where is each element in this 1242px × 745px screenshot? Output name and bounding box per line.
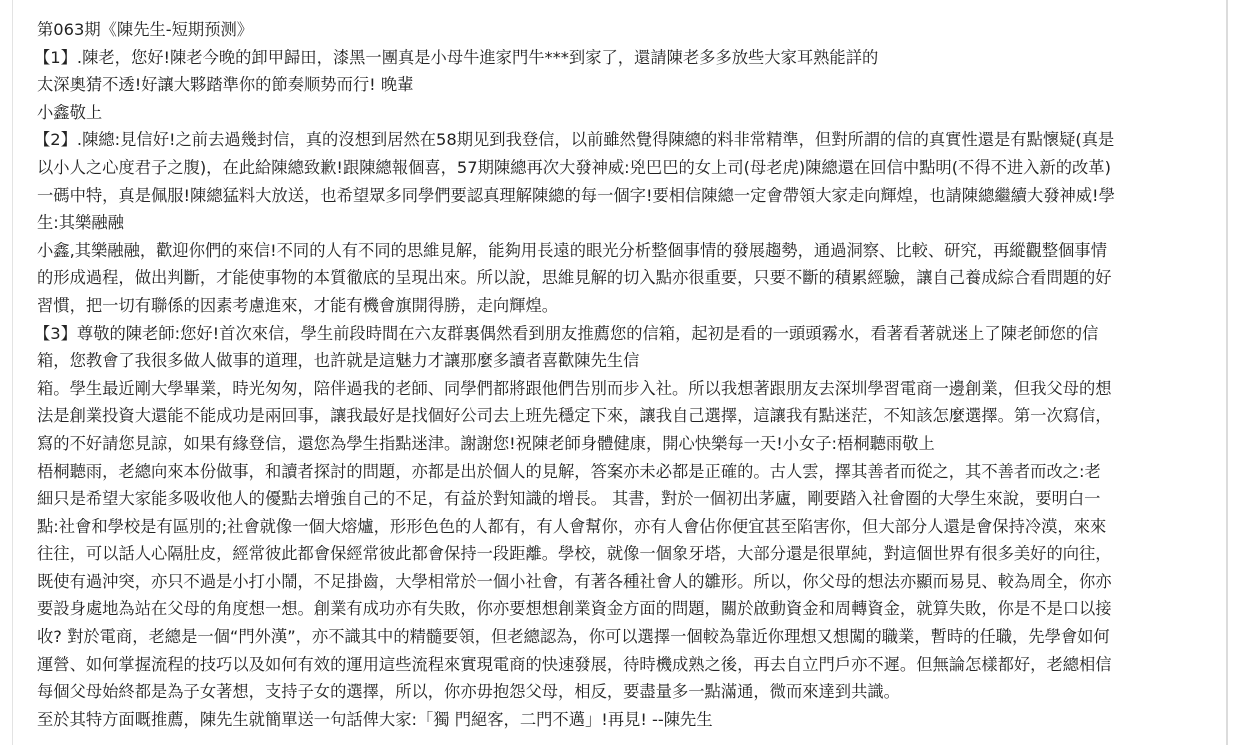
signature-line: 小鑫敬上 <box>37 99 1217 127</box>
text-line: 往往，可以話人心隔肚皮，經常彼此都會保經常彼此都會保持一段距離。學校，就像一個象… <box>37 540 1217 568</box>
text-line: 【2】.陳總:見信好!之前去過幾封信，真的沒想到居然在58期见到我登信，以前雖然… <box>34 126 1217 154</box>
letter-2: 【2】.陳總:見信好!之前去過幾封信，真的沒想到居然在58期见到我登信，以前雖然… <box>37 126 1217 236</box>
document-content: 第063期《陳先生-短期预测》 【1】.陳老，您好!陳老今晚的卸甲歸田，漆黑一團… <box>37 16 1217 733</box>
closing: 至於其特方面嘅推薦，陳先生就簡單送一句話俾大家:「獨 門絕客，二門不邁」!再見!… <box>37 706 1217 734</box>
text-line: 箱。學生最近剛大學畢業，時光匆匆，陪伴過我的老師、同學們都將跟他們告別而步入社。… <box>37 375 1217 403</box>
text-line: 【3】尊敬的陳老師:您好!首次來信，學生前段時間在六友群裏偶然看到朋友推薦您的信… <box>34 320 1217 348</box>
reply-3: 梧桐聽雨，老總向來本份做事，和讀者探討的問題，亦都是出於個人的見解，答案亦未必都… <box>37 458 1217 706</box>
text-line: 每個父母始終都是為子女著想，支持子女的選擇，所以，你亦毋抱怨父母，相反，要盡量多… <box>37 678 1217 706</box>
letter-1: 【1】.陳老，您好!陳老今晚的卸甲歸田，漆黑一團真是小母牛進家門牛***到家了，… <box>37 44 1217 127</box>
text-line: 收? 對於電商，老總是一個“門外漢”，亦不識其中的精髓要領，但老總認為，你可以選… <box>37 623 1217 651</box>
text-line: 的形成過程，做出判斷，才能使事物的本質徹底的呈現出來。所以說，思維見解的切入點亦… <box>37 264 1217 292</box>
text-line: 法是創業投資大還能不能成功是兩回事，讓我最好是找個好公司去上班先穩定下來，讓我自… <box>37 402 1217 430</box>
closing-line: 至於其特方面嘅推薦，陳先生就簡單送一句話俾大家:「獨 門絕客，二門不邁」!再見!… <box>37 706 1217 734</box>
text-line: 點:社會和學校是有區別的;社會就像一個大熔爐，形形色色的人都有，有人會幫你，亦有… <box>37 513 1217 541</box>
text-line: 細只是希望大家能多吸收他人的優點去增強自己的不足，有益於對知識的增長。 其書，對… <box>37 485 1217 513</box>
text-line: 以小人之心度君子之腹)，在此給陳總致歉!跟陳總報個喜，57期陳總再次大發神威:兇… <box>37 154 1217 182</box>
text-line: 箱，您教會了我很多做人做事的道理，也許就是這魅力才讓那麼多讀者喜歡陳先生信 <box>37 347 1217 375</box>
text-line: 【1】.陳老，您好!陳老今晚的卸甲歸田，漆黑一團真是小母牛進家門牛***到家了，… <box>34 44 1217 72</box>
signature-line: 生:其樂融融 <box>37 209 1217 237</box>
text-line: 習慣，把一切有聯係的因素考慮進來，才能有機會旗開得勝，走向輝煌。 <box>37 292 1217 320</box>
letter-3: 【3】尊敬的陳老師:您好!首次來信，學生前段時間在六友群裏偶然看到朋友推薦您的信… <box>37 320 1217 458</box>
text-line: 既使有過沖突，亦只不過是小打小鬧，不足掛齒，大學相常於一個小社會，有著各種社會人… <box>37 568 1217 596</box>
text-line: 太深奧猜不透!好讓大夥踏準你的節奏顺势而行! 晚輩 <box>37 71 1217 99</box>
reply-1-2: 小鑫,其樂融融，歡迎你們的來信!不同的人有不同的思維見解，能夠用長遠的眼光分析整… <box>37 237 1217 320</box>
document-title: 第063期《陳先生-短期预测》 <box>37 16 1217 44</box>
text-line: 要設身處地為站在父母的角度想一想。創業有成功亦有失敗，你亦要想想創業資金方面的問… <box>37 595 1217 623</box>
text-line: 寫的不好請您見諒，如果有緣登信，還您為學生指點迷津。謝謝您!祝陳老師身體健康，開… <box>37 430 1217 458</box>
text-line: 一碼中特，真是佩服!陳總猛料大放送，也希望眾多同學們要認真理解陳總的每一個字!要… <box>37 182 1217 210</box>
text-line: 運營、如何掌握流程的技巧以及如何有效的運用這些流程來實現電商的快速發展，待時機成… <box>37 651 1217 679</box>
text-line: 小鑫,其樂融融，歡迎你們的來信!不同的人有不同的思維見解，能夠用長遠的眼光分析整… <box>37 237 1217 265</box>
text-line: 梧桐聽雨，老總向來本份做事，和讀者探討的問題，亦都是出於個人的見解，答案亦未必都… <box>37 458 1217 486</box>
document-panel: 第063期《陳先生-短期预测》 【1】.陳老，您好!陳老今晚的卸甲歸田，漆黑一團… <box>12 0 1228 745</box>
